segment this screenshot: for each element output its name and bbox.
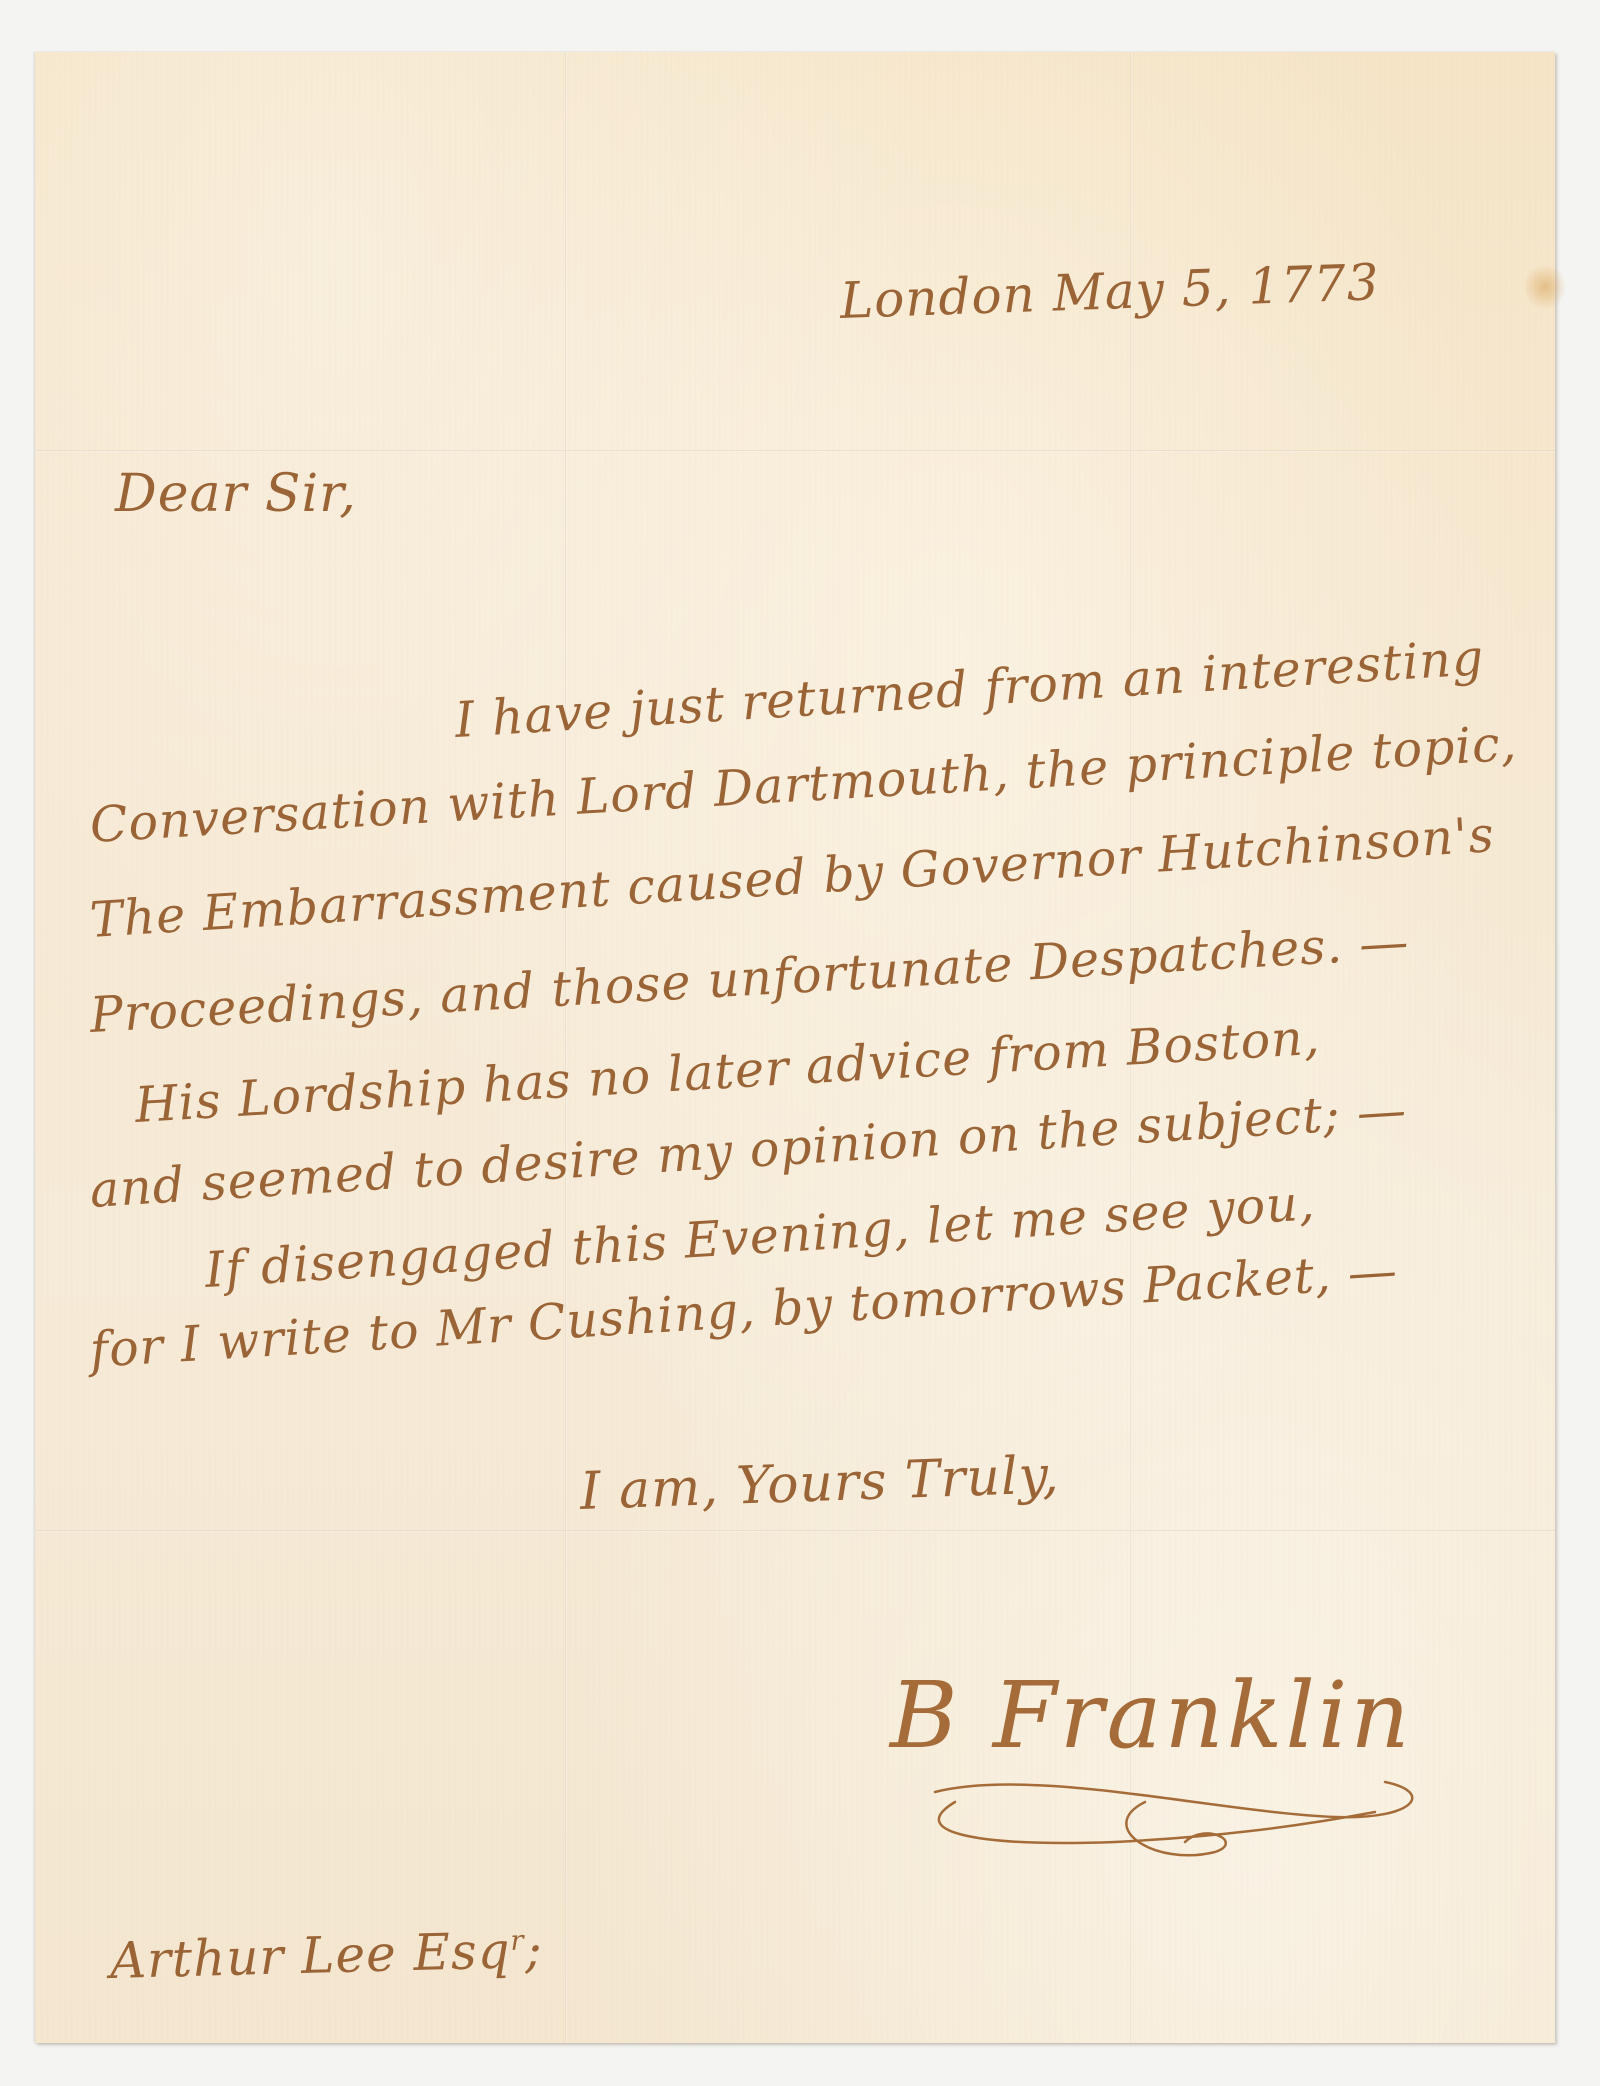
addressee-punctuation: ; — [524, 1921, 543, 1979]
signature: B Franklin — [890, 1662, 1413, 1769]
addressee-name: Arthur Lee Esq — [109, 1922, 511, 1990]
paper-stain — [1525, 262, 1565, 312]
dateline-date: May 5, 1773 — [1052, 253, 1381, 322]
fold-line-horizontal-top — [35, 450, 1555, 452]
salutation: Dear Sir, — [115, 464, 357, 524]
dateline: London May 5, 1773 — [839, 253, 1380, 330]
dateline-place: London — [839, 265, 1037, 330]
addressee: Arthur Lee Esqr; — [109, 1921, 543, 1990]
closing: I am, Yours Truly, — [579, 1445, 1061, 1522]
signature-flourish-icon — [915, 1772, 1435, 1872]
addressee-superscript: r — [510, 1924, 525, 1956]
letter-page: London May 5, 1773 Dear Sir, I have just… — [35, 52, 1555, 2043]
fold-line-vertical-left — [565, 52, 567, 2043]
fold-line-horizontal-bottom — [35, 1530, 1555, 1532]
